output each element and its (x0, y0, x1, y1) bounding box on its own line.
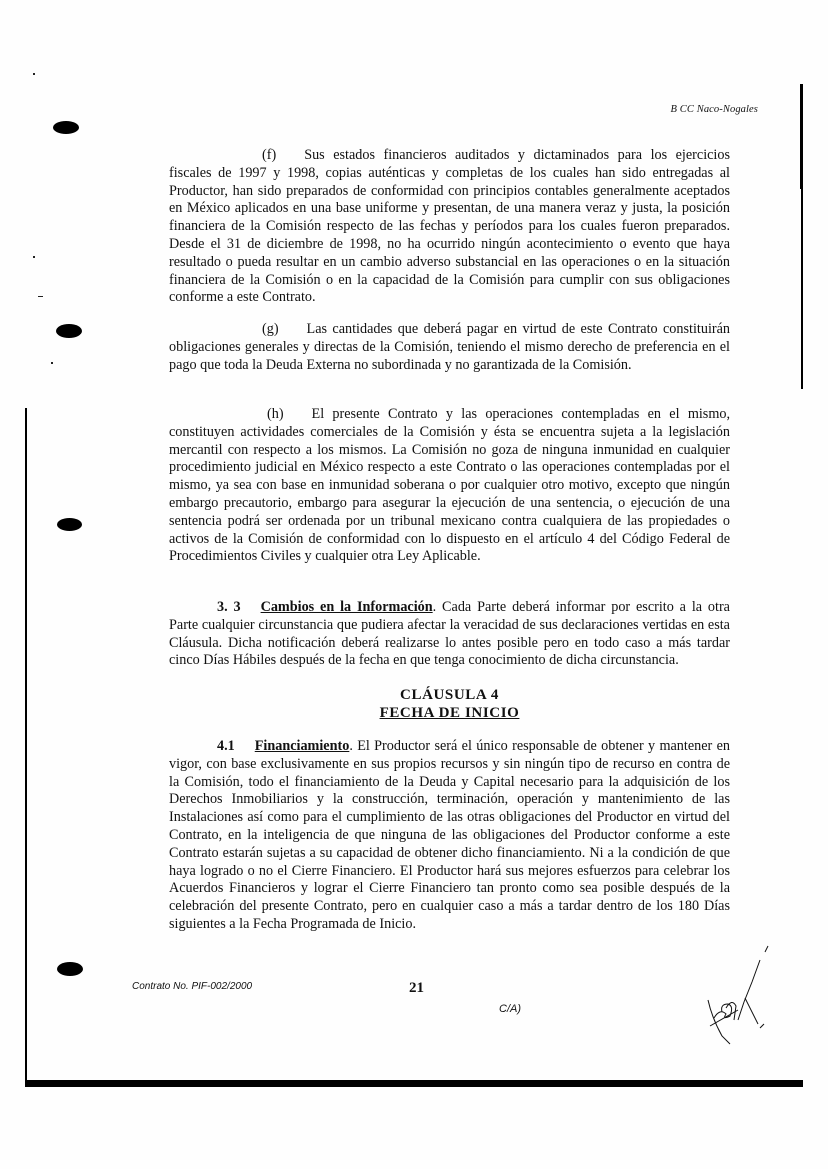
paragraph-text: El presente Contrato y las operaciones c… (169, 406, 730, 564)
section-3-3: 3. 3Cambios en la Información. Cada Part… (169, 599, 730, 670)
binder-hole-icon (57, 962, 83, 976)
contract-number: Contrato No. PIF-002/2000 (132, 981, 252, 992)
binder-hole-icon (57, 518, 82, 531)
paragraph-label: (h) (267, 406, 284, 422)
binder-hole-icon (53, 121, 79, 134)
paragraph-g: (g)Las cantidades que deberá pagar en vi… (169, 321, 730, 374)
paragraph-text: Las cantidades que deberá pagar en virtu… (169, 321, 730, 373)
paragraph-text: Sus estados financieros auditados y dict… (169, 147, 730, 305)
scan-speck (33, 256, 35, 258)
section-text: . Cada Parte deberá informar por escrito… (169, 599, 730, 668)
section-text: . El Productor será el único responsable… (169, 738, 730, 932)
handwritten-signature-icon (700, 940, 780, 1050)
paragraph-label: (f) (262, 147, 276, 163)
binder-hole-icon (56, 324, 82, 338)
clause-title: FECHA DE INICIO (169, 704, 730, 722)
scan-speck (33, 73, 35, 75)
section-4-1: 4.1Financiamiento. El Productor será el … (169, 738, 730, 934)
section-number: 4.1 (217, 738, 235, 754)
clause-heading: CLÁUSULA 4 FECHA DE INICIO (169, 686, 730, 722)
paragraph-h: (h)El presente Contrato y las operacione… (169, 406, 730, 566)
section-title: Financiamiento (255, 738, 350, 754)
scan-edge-left (25, 408, 27, 1086)
section-title: Cambios en la Información (261, 599, 433, 615)
clause-number: CLÁUSULA 4 (169, 686, 730, 704)
paragraph-label: (g) (262, 321, 279, 337)
page-number: 21 (409, 980, 424, 997)
scan-edge-right-thin (801, 189, 803, 389)
section-number: 3. 3 (217, 599, 241, 615)
scan-edge-bottom (25, 1080, 803, 1087)
scan-speck (51, 362, 53, 364)
paragraph-f: (f)Sus estados financieros auditados y d… (169, 147, 730, 307)
initials-mark: C/A) (499, 1003, 521, 1015)
scan-edge-right (800, 84, 803, 189)
scan-speck (38, 296, 43, 297)
running-header: B CC Naco-Nogales (608, 104, 758, 115)
